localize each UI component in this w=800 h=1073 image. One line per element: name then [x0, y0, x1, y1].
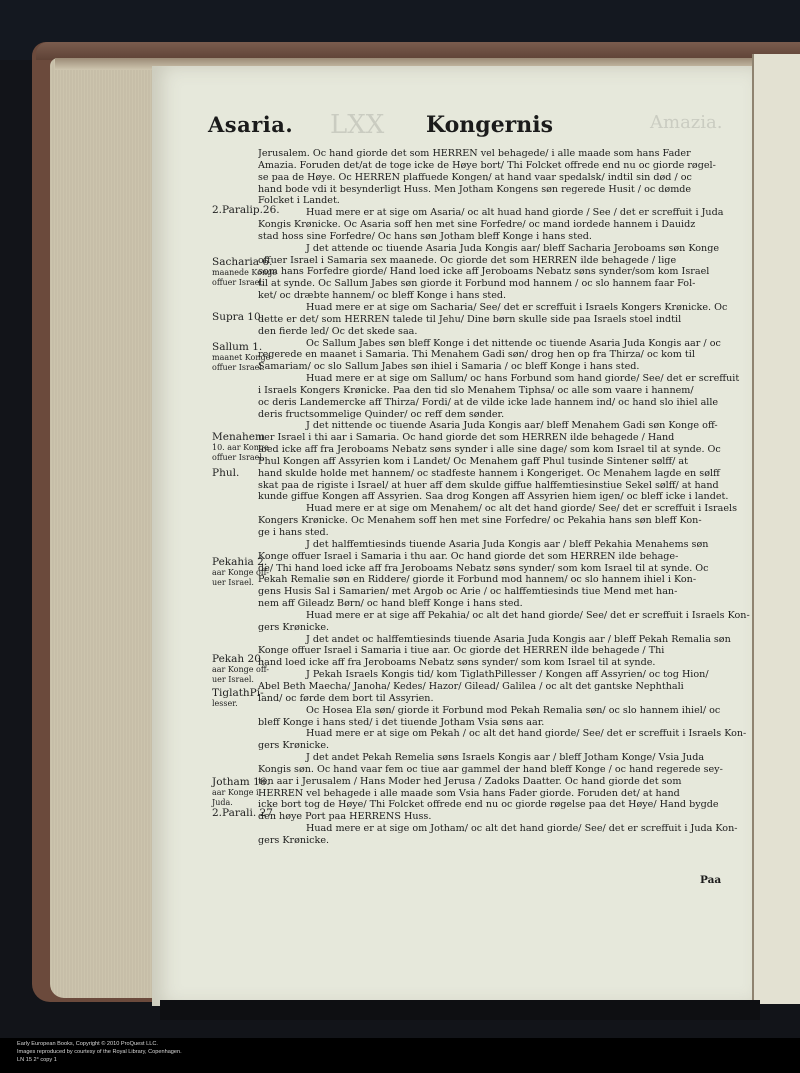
text-line: Huad mere er at sige om Asaria/ oc alt h…: [258, 207, 758, 219]
margin-note-phul: Phul.: [212, 467, 239, 479]
text-line: Kongis Krønicke. Oc Asaria soff hen met …: [258, 219, 758, 231]
text-line: stad hoss sine Forfedre/ Oc hans søn Jot…: [258, 231, 758, 243]
text-line: Huad mere er at sige aff Pekahia/ oc alt…: [258, 610, 758, 622]
margin-note-line: TiglathPi-: [212, 687, 264, 699]
text-line: som hans Forfedre giorde/ Hand loed icke…: [258, 266, 758, 278]
text-line: gers Krønicke.: [258, 835, 758, 847]
text-line: Abel Beth Maecha/ Janoha/ Kedes/ Hazor/ …: [258, 681, 758, 693]
footer-bar: Early European Books, Copyright © 2010 P…: [0, 1038, 800, 1073]
text-line: oc deris Landemercke aff Thirza/ Fordi/ …: [258, 397, 758, 409]
text-line: skat paa de rigiste i Israel/ at huer af…: [258, 480, 758, 492]
text-line: Amazia. Foruden det/at de toge icke de H…: [258, 160, 758, 172]
footer-copyright: Early European Books, Copyright © 2010 P…: [17, 1041, 158, 1047]
text-line: gers Krønicke.: [258, 740, 758, 752]
text-line: J det attende oc tiuende Asaria Juda Kon…: [258, 243, 758, 255]
page-shadow: [160, 1000, 760, 1020]
text-line: hand skulde holde met hannem/ oc stadfes…: [258, 468, 758, 480]
page-block-edge: [50, 58, 158, 998]
body-text: Jerusalem. Oc hand giorde det som HERREN…: [258, 148, 758, 847]
text-line: ket/ oc dræbte hannem/ oc bleff Konge i …: [258, 290, 758, 302]
text-line: J det nittende oc tiuende Asaria Juda Ko…: [258, 420, 758, 432]
text-line: se paa de Høye. Oc HERREN plaffuede Kong…: [258, 172, 758, 184]
text-line: bleff Konge i hans sted/ i det tiuende J…: [258, 717, 758, 729]
margin-note-line: Supra 10.: [212, 311, 264, 323]
text-line: Samariam/ oc slo Sallum Jabes søn ihiel …: [258, 361, 758, 373]
text-line: J det andet oc halffemtiesinds tiuende A…: [258, 634, 758, 646]
running-header: Asaria. Kongernis: [208, 112, 768, 146]
text-line: til at synde. Oc Sallum Jabes søn giorde…: [258, 278, 758, 290]
facing-page: [752, 54, 800, 1004]
text-line: Konge offuer Israel i Samaria i thu aar.…: [258, 551, 758, 563]
margin-note-line: Phul.: [212, 467, 239, 479]
margin-note-tiglath: TiglathPi-lesser.: [212, 687, 264, 709]
text-line: de/ Thi hand loed icke aff fra Jeroboams…: [258, 563, 758, 575]
text-line: nem aff Gileadz Børn/ oc hand bleff Kong…: [258, 598, 758, 610]
text-line: J det andet Pekah Remelia søns Israels K…: [258, 752, 758, 764]
text-line: HERREN vel behagede i alle maade som Vsi…: [258, 788, 758, 800]
text-line: den fierde led/ Oc det skede saa.: [258, 326, 758, 338]
text-line: land/ oc førde dem bort til Assyrien.: [258, 693, 758, 705]
text-line: regerede en maanet i Samaria. Thi Menahe…: [258, 349, 758, 361]
running-head-left: Asaria.: [208, 112, 293, 137]
text-line: Huad mere er at sige om Sallum/ oc hans …: [258, 373, 758, 385]
text-line: Huad mere er at sige om Pekah / oc alt d…: [258, 728, 758, 740]
text-line: Oc Sallum Jabes søn bleff Konge i det ni…: [258, 338, 758, 350]
text-line: loed icke aff fra Jeroboams Nebatz søns …: [258, 444, 758, 456]
text-line: Folcket i Landet.: [258, 195, 758, 207]
text-line: gens Husis Sal i Samarien/ met Argob oc …: [258, 586, 758, 598]
text-line: gers Krønicke.: [258, 622, 758, 634]
text-line: ge i hans sted.: [258, 527, 758, 539]
text-line: Huad mere er at sige om Sacharia/ See/ d…: [258, 302, 758, 314]
text-line: den høye Port paa HERRENS Huss.: [258, 811, 758, 823]
text-line: J Pekah Israels Kongis tid/ kom TiglathP…: [258, 669, 758, 681]
footer-shelfmark: LN 15 2° copy 1: [17, 1057, 57, 1063]
text-line: Kongers Krønicke. Oc Menahem soff hen me…: [258, 515, 758, 527]
text-line: Huad mere er at sige om Jotham/ oc alt d…: [258, 823, 758, 835]
text-line: Jerusalem. Oc hand giorde det som HERREN…: [258, 148, 758, 160]
running-head-center: Kongernis: [426, 112, 553, 138]
text-line: icke bort tog de Høye/ Thi Folcket offre…: [258, 799, 758, 811]
text-line: Kongis søn. Oc hand vaar fem oc tiue aar…: [258, 764, 758, 776]
text-line: Huad mere er at sige om Menahem/ oc alt …: [258, 503, 758, 515]
text-line: offuer Israel i Samaria sex maanede. Oc …: [258, 255, 758, 267]
text-line: Pekah Remalie søn en Riddere/ giorde it …: [258, 574, 758, 586]
text-line: Oc Hosea Ela søn/ giorde it Forbund mod …: [258, 705, 758, 717]
text-line: J det halffemtiesinds tiuende Asaria Jud…: [258, 539, 758, 551]
text-line: Konge offuer Israel i Samaria i tiue aar…: [258, 645, 758, 657]
text-line: dette er det/ som HERREN talede til Jehu…: [258, 314, 758, 326]
catchword: Paa: [700, 874, 721, 886]
footer-courtesy: Images reproduced by courtesy of the Roy…: [17, 1049, 182, 1055]
text-line: i Israels Kongers Krønicke. Paa den tid …: [258, 385, 758, 397]
text-line: Phul Kongen aff Assyrien kom i Landet/ O…: [258, 456, 758, 468]
text-line: ten aar i Jerusalem / Hans Moder hed Jer…: [258, 776, 758, 788]
margin-note-line: lesser.: [212, 699, 264, 709]
text-line: hand bode vdi it besynderligt Huss. Men …: [258, 184, 758, 196]
text-line: hand loed icke aff fra Jeroboams Nebatz …: [258, 657, 758, 669]
text-line: deris fructsommelige Quinder/ oc reff de…: [258, 409, 758, 421]
text-line: uer Israel i thi aar i Samaria. Oc hand …: [258, 432, 758, 444]
margin-note-supra10: Supra 10.: [212, 311, 264, 323]
text-line: kunde giffue Kongen aff Assyrien. Saa dr…: [258, 491, 758, 503]
